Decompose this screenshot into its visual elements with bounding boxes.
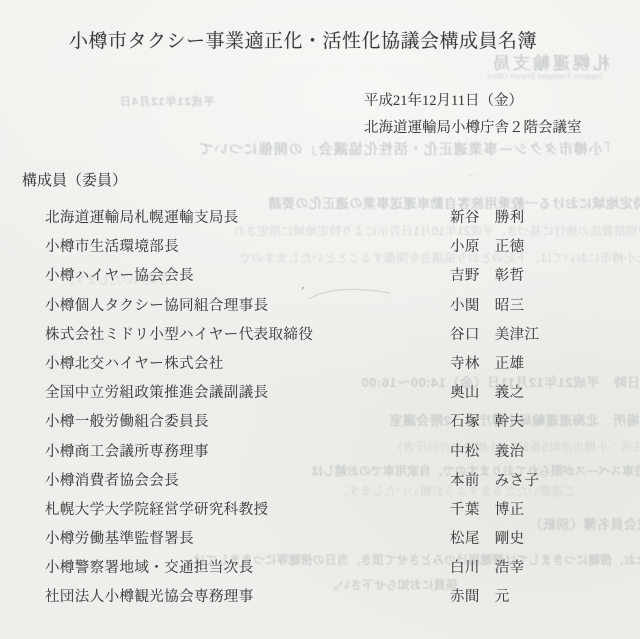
member-position: 小樽ハイヤー協会会長 <box>45 268 194 284</box>
bleed-through-line: Sapporo Transport Branch Office <box>487 72 604 81</box>
member-row: 株式会社ミドリ小型ハイヤー代表取締役谷口 美津江 <box>45 321 640 350</box>
member-name: 松尾 剛史 <box>450 525 525 554</box>
member-position: 小樽市生活環境部長 <box>45 239 179 255</box>
member-name: 寺林 正雄 <box>450 350 525 379</box>
member-name: 本前 みさ子 <box>450 467 539 496</box>
scanned-document-page: 札幌運輸支局Sapporo Transport Branch Office平成2… <box>0 0 640 639</box>
meta-block: 平成21年12月11日（金） 北海道運輸局小樽庁舎２階会議室 <box>364 88 582 142</box>
member-name: 赤間 元 <box>450 583 510 612</box>
section-label: 構成員（委員） <box>22 169 127 190</box>
member-name: 小関 昭三 <box>450 292 525 321</box>
member-row: 小樽商工会議所専務理事中松 義治 <box>45 438 640 467</box>
bleed-through-line: 「小樽市タクシー事業適正化・活性化協議会」の開催について <box>198 139 618 159</box>
member-row: 小樽労働基準監督署長松尾 剛史 <box>45 525 640 554</box>
member-position: 北海道運輸局札幌運輸支局長 <box>45 210 239 226</box>
member-name: 石塚 幹夫 <box>450 408 525 437</box>
member-row: 小樽北交ハイヤー株式会社寺林 正雄 <box>45 350 640 379</box>
member-name: 千葉 博正 <box>450 496 525 525</box>
member-row: 小樽市生活環境部長小原 正徳 <box>45 233 640 262</box>
member-row: 札幌大学大学院経営学研究科教授千葉 博正 <box>45 496 640 525</box>
bleed-through-line: 平成21年12月4日 <box>119 93 215 109</box>
member-row: 小樽消費者協会会長本前 みさ子 <box>45 467 640 496</box>
pencil-smudge-mark: –· <box>467 169 484 182</box>
member-name: 白川 浩幸 <box>450 554 525 583</box>
document-title: 小樽市タクシー事業適正化・活性化協議会構成員名簿 <box>0 26 606 53</box>
member-position: 小樽一般労働組合委員長 <box>45 414 209 430</box>
member-row: 社団法人小樽観光協会専務理事赤間 元 <box>45 583 640 612</box>
member-row: 小樽一般労働組合委員長石塚 幹夫 <box>45 408 640 437</box>
member-position: 小樽個人タクシー協同組合理事長 <box>45 298 269 314</box>
member-position: 小樽商工会議所専務理事 <box>45 444 209 460</box>
member-position: 社団法人小樽観光協会専務理事 <box>45 589 254 605</box>
meeting-venue: 北海道運輸局小樽庁舎２階会議室 <box>364 115 582 142</box>
member-position: 小樽消費者協会会長 <box>45 473 179 489</box>
member-name: 中松 義治 <box>450 438 525 467</box>
member-position: 小樽北交ハイヤー株式会社 <box>45 356 224 372</box>
member-name: 吉野 彰哲 <box>450 262 525 291</box>
member-position: 小樽労働基準監督署長 <box>45 531 194 547</box>
member-position: 株式会社ミドリ小型ハイヤー代表取締役 <box>45 327 313 343</box>
member-position: 札幌大学大学院経営学研究科教授 <box>45 502 269 518</box>
member-name: 新谷 勝利 <box>450 204 525 233</box>
member-name: 奥山 義之 <box>450 379 525 408</box>
member-position: 小樽警察署地域・交通担当次長 <box>45 560 254 576</box>
member-row: 小樽ハイヤー協会会長吉野 彰哲 <box>45 262 640 291</box>
meeting-date: 平成21年12月11日（金） <box>364 88 582 115</box>
member-row: 小樽個人タクシー協同組合理事長小関 昭三 <box>45 292 640 321</box>
member-name: 谷口 美津江 <box>450 321 539 350</box>
member-list: 北海道運輸局札幌運輸支局長新谷 勝利小樽市生活環境部長小原 正徳小樽ハイヤー協会… <box>45 204 640 613</box>
member-row: 小樽警察署地域・交通担当次長白川 浩幸 <box>45 554 640 583</box>
member-position: 全国中立労組政策推進会議副議長 <box>45 385 269 401</box>
member-row: 北海道運輸局札幌運輸支局長新谷 勝利 <box>45 204 640 233</box>
member-row: 全国中立労組政策推進会議副議長奥山 義之 <box>45 379 640 408</box>
member-name: 小原 正徳 <box>450 233 525 262</box>
